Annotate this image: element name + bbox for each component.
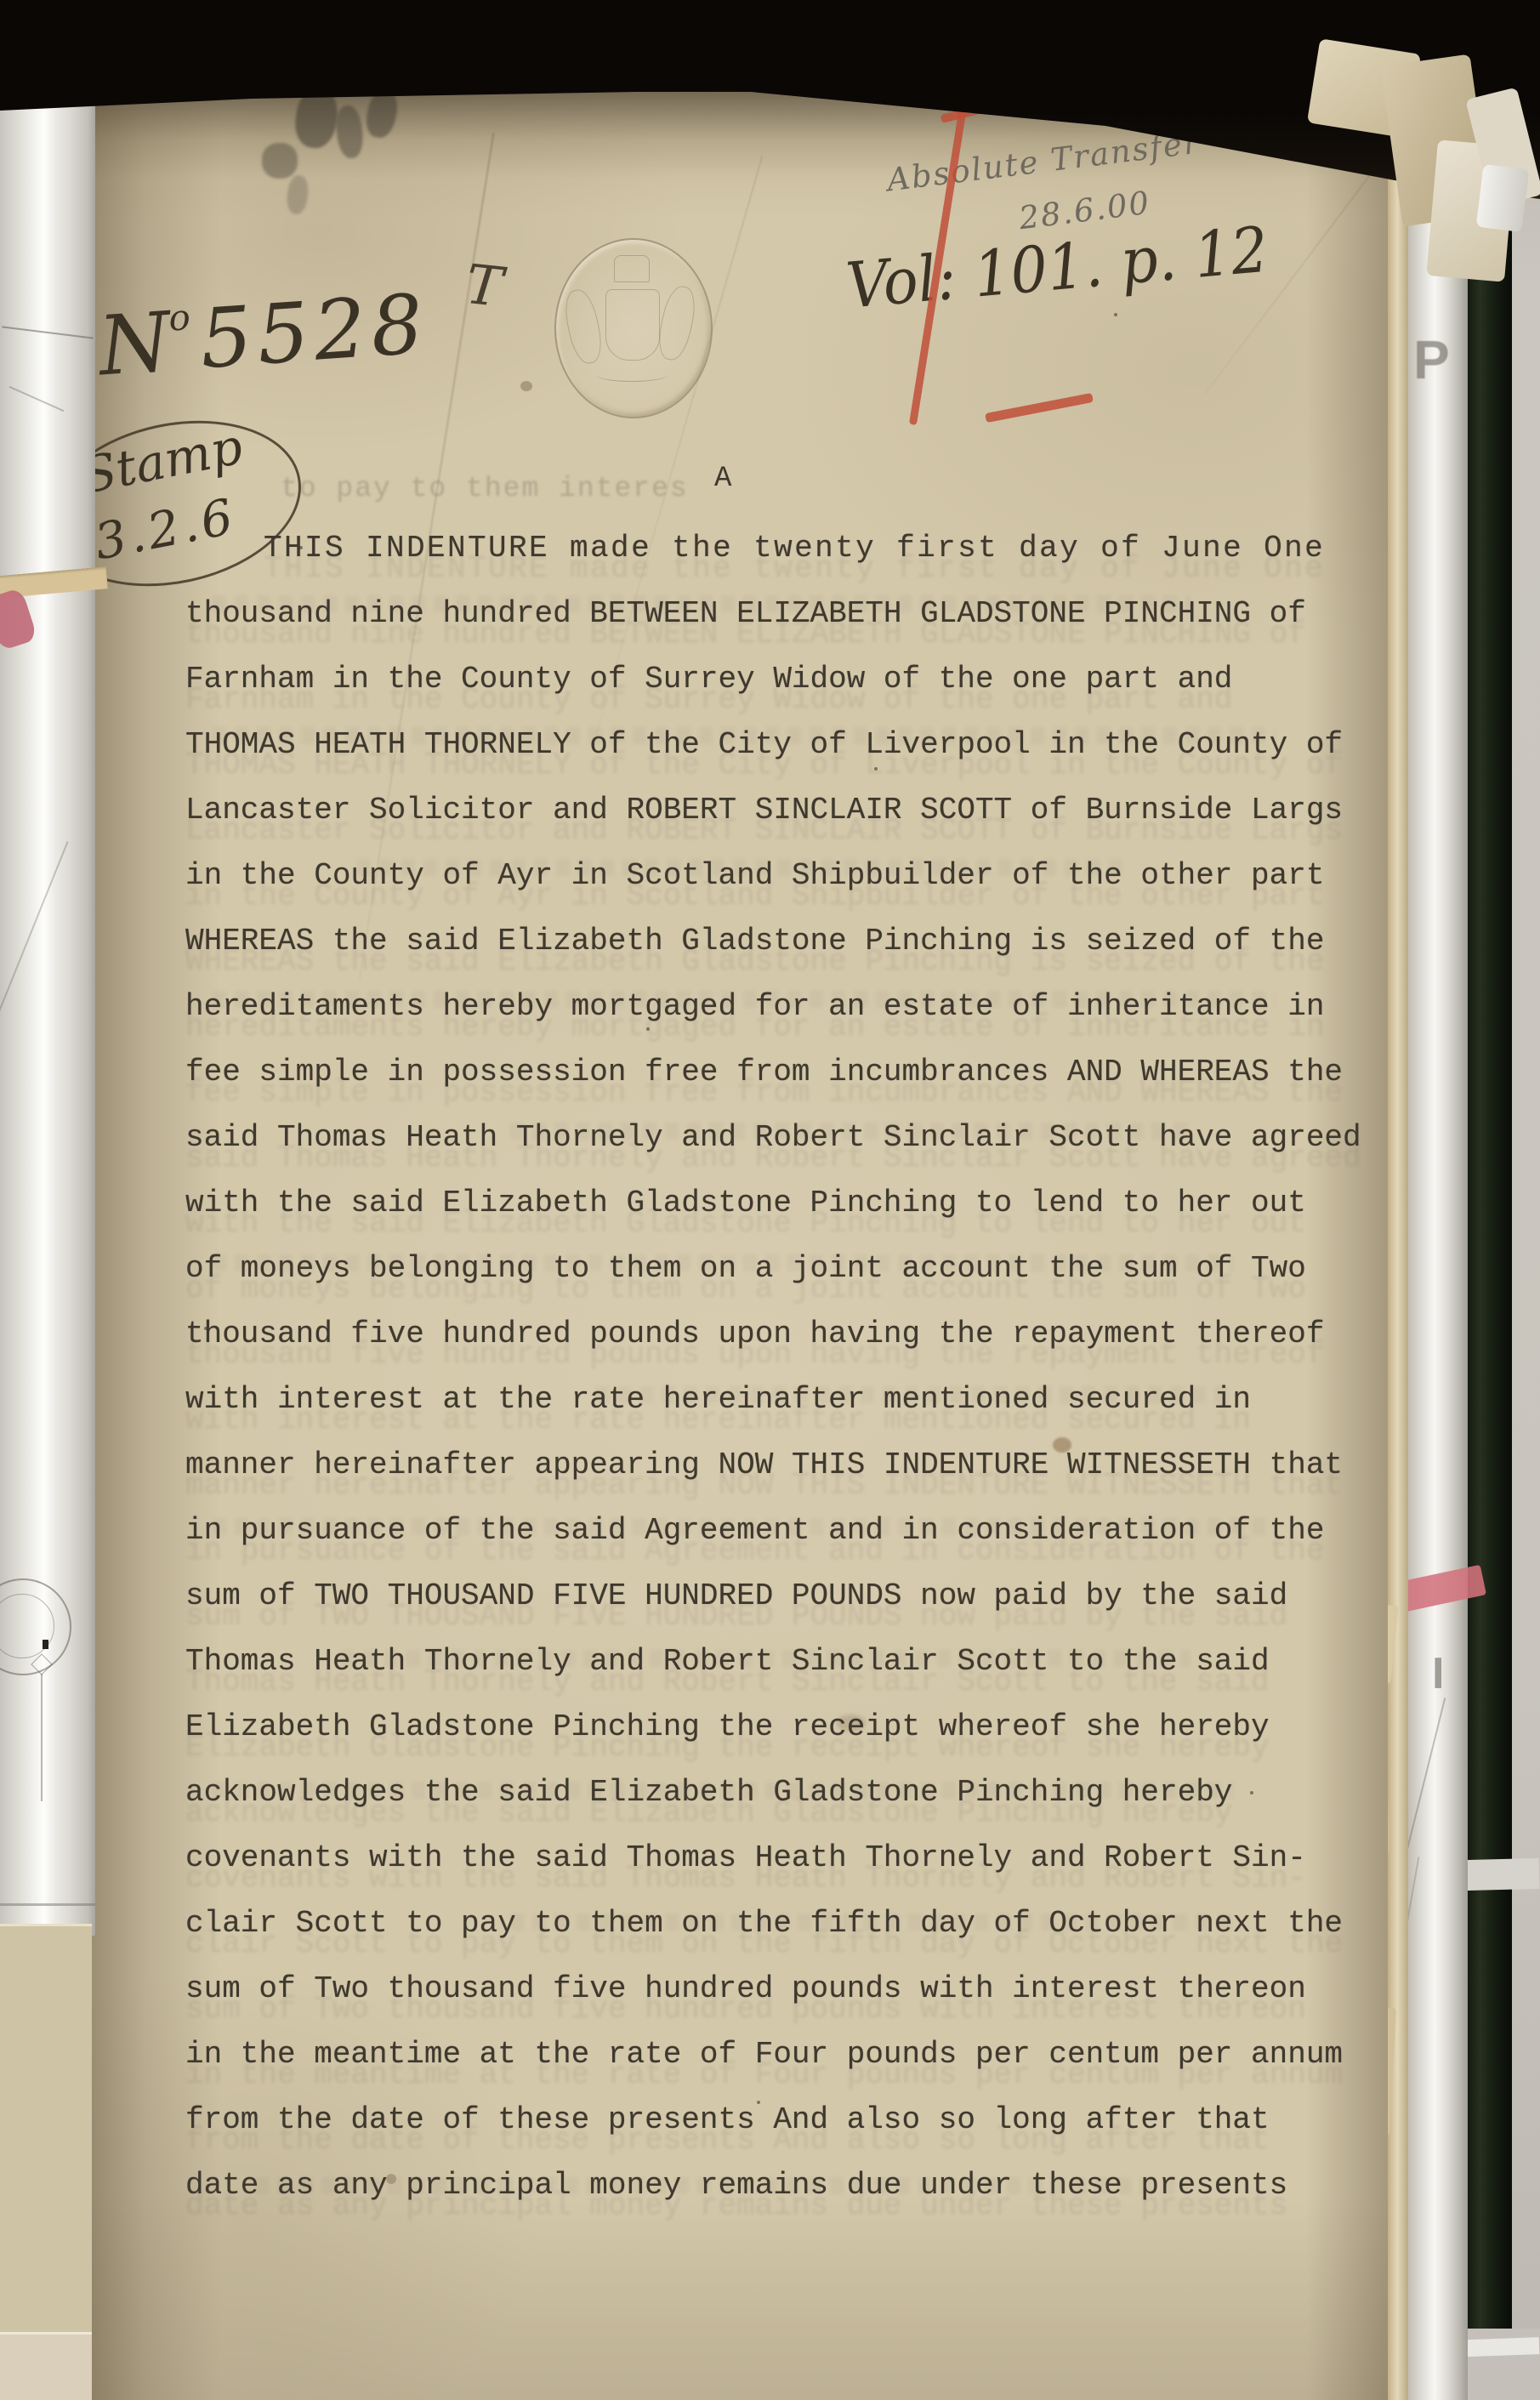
- book-cover-edge: [1463, 0, 1512, 2400]
- seal-shield-detail: [605, 289, 660, 361]
- compass-rose-mark: [43, 1640, 48, 1649]
- bleedthrough-text: to pay to them interes: [281, 473, 689, 504]
- typed-line: with interest at the rate hereinafter me…: [185, 1367, 1393, 1432]
- ink-tick-mark: T: [463, 253, 505, 320]
- typed-line: clair Scott to pay to them on the fifth …: [185, 1891, 1393, 1956]
- bottom-left-paper-edge: [0, 2332, 92, 2400]
- typed-line: acknowledges the said Elizabeth Gladston…: [185, 1760, 1393, 1825]
- seal-base-detail: [595, 367, 668, 382]
- document-photograph: P 1 I No5528 T Vol: 101.: [0, 0, 1540, 2400]
- typed-line: fee simple in possession free from incum…: [185, 1039, 1393, 1105]
- typed-line: Lancaster Solicitor and ROBERT SINCLAIR …: [185, 777, 1393, 843]
- typed-line: with the said Elizabeth Gladstone Pinchi…: [185, 1170, 1393, 1236]
- typed-line: THIS INDENTURE made the twenty first day…: [264, 515, 1393, 581]
- typed-line: sum of TWO THOUSAND FIVE HUNDRED POUNDS …: [185, 1563, 1393, 1629]
- page-bottom-shadow: [85, 2194, 1388, 2400]
- typed-line: THOMAS HEATH THORNELY of the City of Liv…: [185, 712, 1393, 777]
- typed-line: Farnham in the County of Surrey Widow of…: [185, 646, 1393, 712]
- compass-rose-stem: [41, 1674, 43, 1801]
- paper-curl: [1476, 164, 1530, 232]
- typed-line: thousand five hundred pounds upon having…: [185, 1301, 1393, 1367]
- seal-crown-detail: [614, 255, 650, 282]
- cover-highlight-stripe: [1464, 1858, 1540, 1891]
- typed-line: Elizabeth Gladstone Pinching the receipt…: [185, 1694, 1393, 1760]
- paper-speck: [1114, 313, 1117, 316]
- ink-smudge: [262, 143, 298, 179]
- typed-line: from the date of these presents And also…: [185, 2087, 1393, 2153]
- typed-line: thousand nine hundred BETWEEN ELIZABETH …: [185, 581, 1393, 646]
- typed-line: Thomas Heath Thornely and Robert Sinclai…: [185, 1629, 1393, 1694]
- edge-page-letter: I: [1432, 1648, 1444, 1699]
- typed-line: in the County of Ayr in Scotland Shipbui…: [185, 843, 1393, 908]
- fabric-fold-line: [0, 1903, 95, 1906]
- typed-line: covenants with the said Thomas Heath Tho…: [185, 1825, 1393, 1891]
- section-letter: A: [714, 463, 731, 495]
- typed-line: date as any principal money remains due …: [185, 2153, 1393, 2218]
- typed-line: in pursuance of the said Agreement and i…: [185, 1498, 1393, 1563]
- typed-line: manner hereinafter appearing NOW THIS IN…: [185, 1432, 1393, 1498]
- typed-line: WHEREAS the said Elizabeth Gladstone Pin…: [185, 908, 1393, 974]
- paper-stain: [520, 381, 532, 391]
- rolled-linen-page-edge: [1405, 92, 1468, 2400]
- typed-body: THIS INDENTURE made the twenty first day…: [185, 515, 1393, 2218]
- typed-line: hereditaments hereby mortgaged for an es…: [185, 974, 1393, 1039]
- bottom-left-paper: [0, 1924, 92, 2400]
- document-number-superscript: o: [168, 296, 192, 339]
- typed-line: in the meantime at the rate of Four poun…: [185, 2022, 1393, 2087]
- edge-page-letter: P: [1413, 328, 1450, 391]
- typed-line: said Thomas Heath Thornely and Robert Si…: [185, 1105, 1393, 1170]
- typed-line: of moneys belonging to them on a joint a…: [185, 1236, 1393, 1301]
- document-number-digits: 5528: [197, 276, 431, 387]
- document-number-prefix: N: [96, 294, 174, 395]
- typed-line: sum of Two thousand five hundred pounds …: [185, 1956, 1393, 2022]
